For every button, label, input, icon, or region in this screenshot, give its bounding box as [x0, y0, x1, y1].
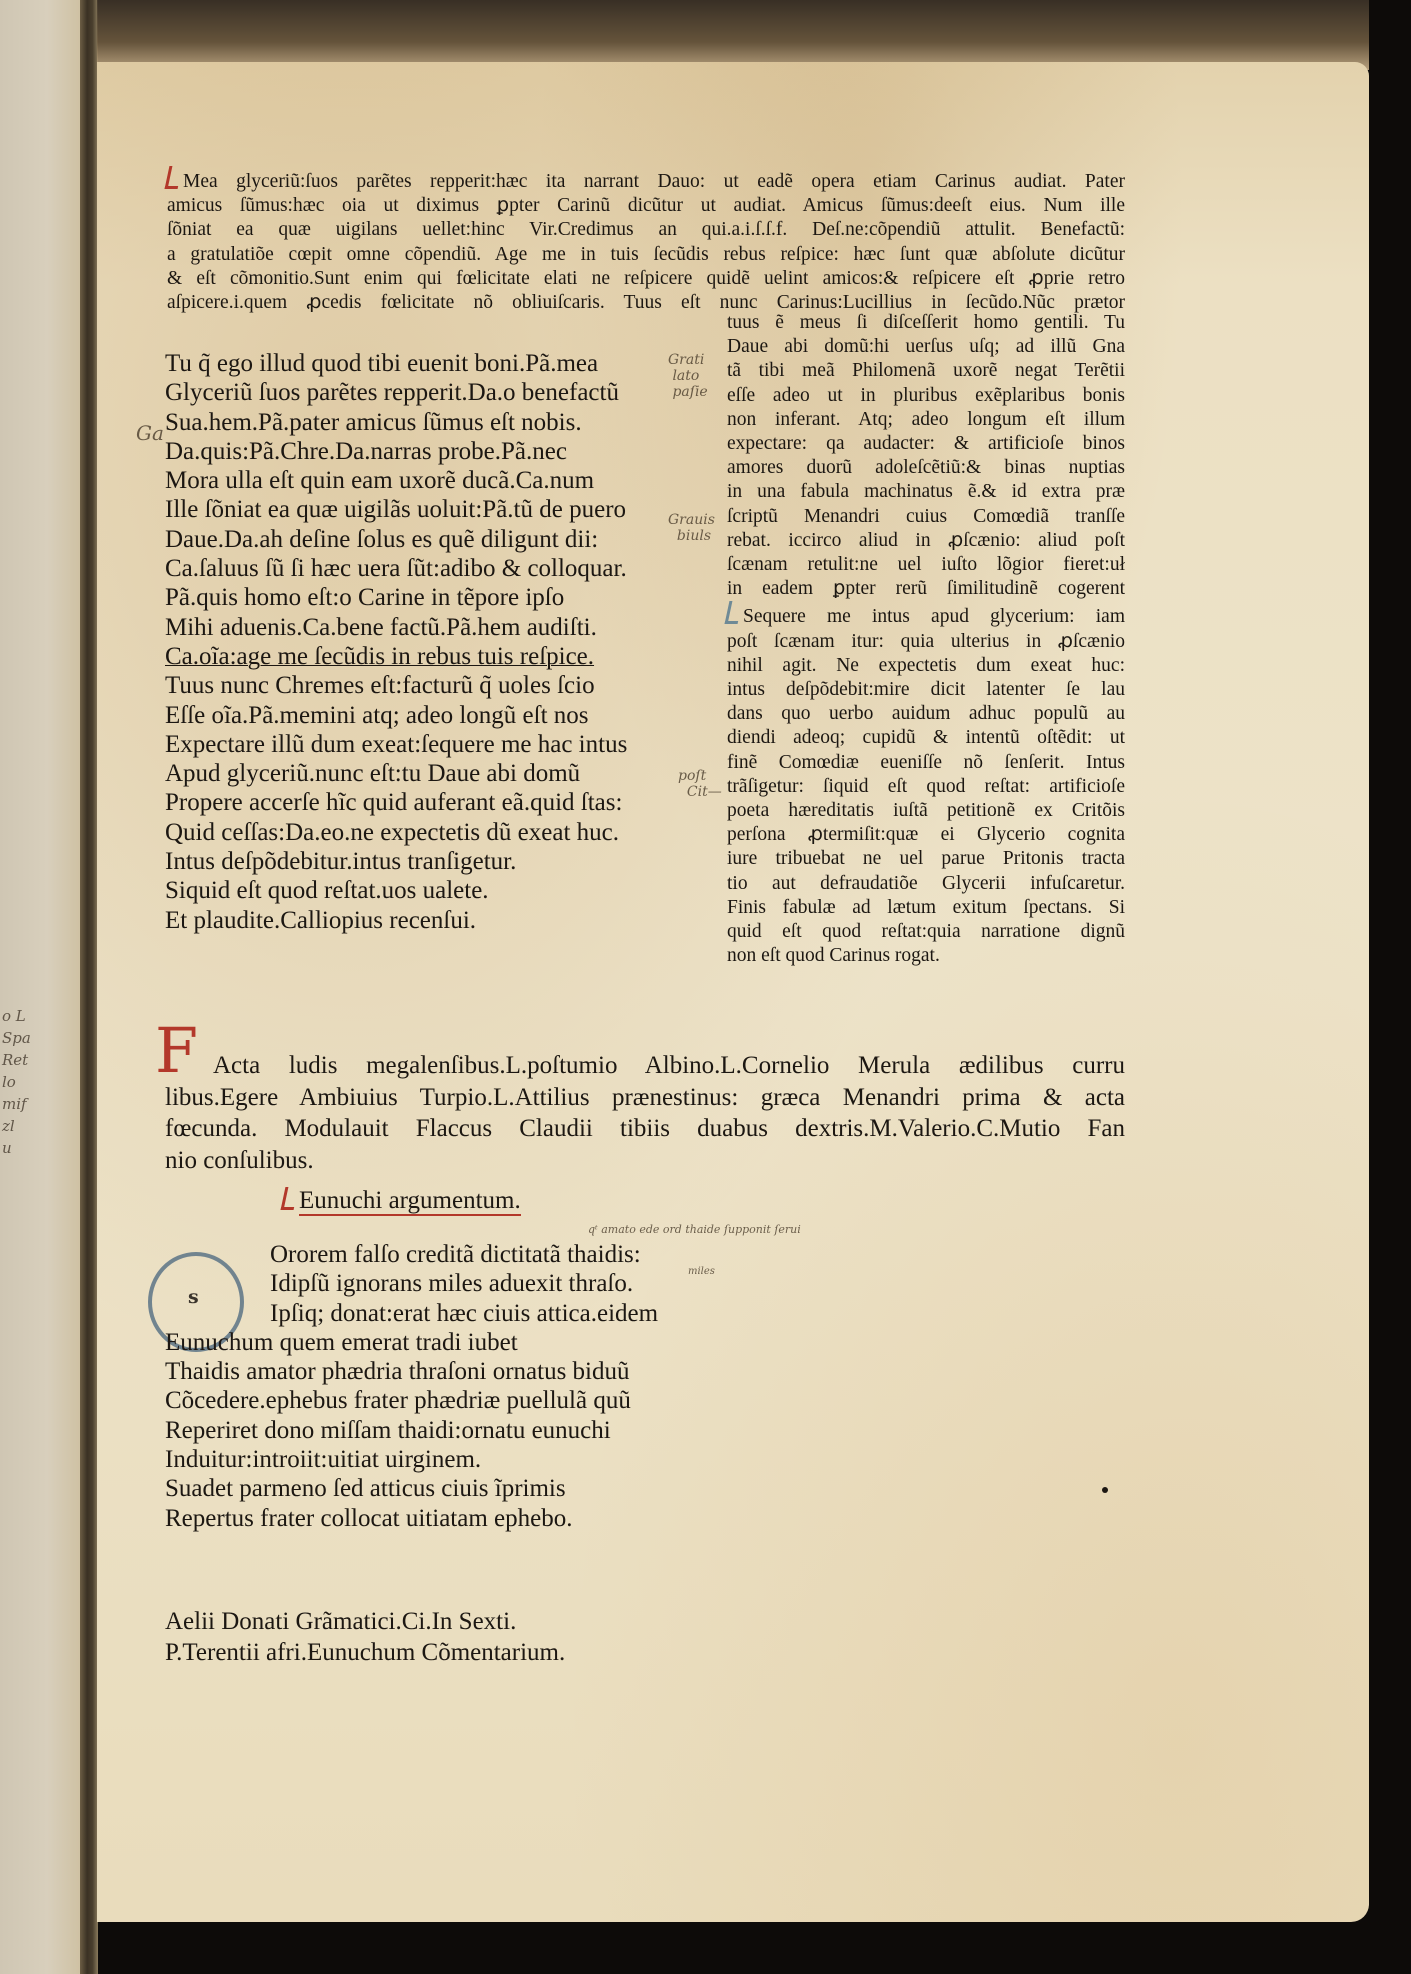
verse-line: Siquid eſt quod reſtat.uos ualete.: [165, 876, 725, 905]
argument-line: Idipſũ ignorans miles aduexit thraſo.: [165, 1269, 725, 1298]
commentary-line: non inferant. Atq; adeo longum eſt illum: [727, 408, 1125, 432]
argument-line: Eunuchum quem emerat tradi iubet: [165, 1328, 725, 1357]
verse-line: Apud glyceriũ.nunc eſt:tu Daue abi domũ: [165, 759, 725, 788]
commentary-line: eſſe adeo ut in pluribus exẽplaribus bon…: [727, 384, 1125, 408]
commentary-line: amicus ſũmus:hæc oia ut diximus ꝑpter Ca…: [167, 194, 1125, 218]
verse-line: Glyceriũ ſuos parẽtes repperit.Da.o bene…: [165, 378, 725, 407]
commentary-line: ſcriptũ Menandri cuius Comœdiã tranſſe: [727, 505, 1125, 529]
verse-line: Ille ſõniat ea quæ uigilãs uoluit:Pã.tũ …: [165, 495, 725, 524]
argument-line: Cõcedere.ephebus frater phædriæ puellulã…: [165, 1386, 725, 1415]
commentary-line: finẽ Comœdiæ eueniſſe nõ ſenſerit. Intus: [727, 751, 1125, 775]
commentary-right-column: tuus ẽ meus ſi diſceſſerit homo gentili.…: [727, 311, 1125, 968]
commentary-heading: Aelii Donati Grãmatici.Ci.In Sexti. P.Te…: [165, 1606, 565, 1668]
didascalia-line: Acta ludis megalenſibus.L.poſtumio Albin…: [165, 1050, 1125, 1082]
commentary-line: tã tibi meã Philomenã uxorẽ negat Terẽti…: [727, 359, 1125, 383]
commentary-full-width: Mea glyceriũ:ſuos parẽtes repperit:hæc i…: [167, 166, 1125, 315]
commentary-line: & eſt cõmonitio.Sunt enim qui fœlicitate…: [167, 267, 1125, 291]
verse-line: Eſſe oĩa.Pã.memini atq; adeo longũ eſt n…: [165, 701, 725, 730]
commentary-line: trãſigetur: ſiquid eſt quod reſtat: arti…: [727, 775, 1125, 799]
argument-line: Suadet parmeno ſed atticus ciuis ĩprimis: [165, 1474, 725, 1503]
verse-line: Tuus nunc Chremes eſt:facturũ q̃ uoles ſ…: [165, 671, 725, 700]
commentary-line: iure tribuebat ne uel parue Pritonis tra…: [727, 847, 1125, 871]
handwritten-note: Grati lato paſie: [668, 352, 708, 400]
commentary-line: Finis fabulæ ad lætum exitum ſpectans. S…: [727, 896, 1125, 920]
page-top-shadow: [97, 0, 1369, 70]
commentary-line: perſona ꝓtermiſit:quæ ei Glycerio cognit…: [727, 823, 1125, 847]
commentary-line: intus deſpõdebit:mire dicit latenter ſe …: [727, 678, 1125, 702]
commentary-line: amores duorũ adoleſcẽtiũ:& binas nuptias: [727, 456, 1125, 480]
argument-line: Thaidis amator phædria thraſoni ornatus …: [165, 1357, 725, 1386]
argument-line: Ororem falſo creditã dictitatã thaidis:: [165, 1240, 725, 1269]
didascalia: Acta ludis megalenſibus.L.poſtumio Albin…: [165, 1050, 1125, 1176]
verse-line: Intus deſpõdebitur.intus tranſigetur.: [165, 847, 725, 876]
commentary-line: a gratulatiõe cœpit omne cõpendiũ. Age m…: [167, 243, 1125, 267]
commentary-line: expectare: qa audacter: & artificioſe bi…: [727, 432, 1125, 456]
heading-line: P.Terentii afri.Eunuchum Cõmentarium.: [165, 1637, 565, 1668]
verse-line: Mora ulla eſt quin eam uxorẽ ducã.Ca.num: [165, 466, 725, 495]
commentary-line: rebat. iccirco aliud in ꝓſcænio: aliud p…: [727, 529, 1125, 553]
commentary-line: ſõniat ea quæ uigilans uellet:hinc Vir.C…: [167, 218, 1125, 242]
heading-line: Aelii Donati Grãmatici.Ci.In Sexti.: [165, 1606, 565, 1637]
handwritten-note: qᵗ amato ede ord thaide ſupponit ſerui: [588, 1222, 801, 1238]
verse-line: Sua.hem.Pã.pater amicus ſũmus eſt nobis.: [165, 408, 725, 437]
commentary-line: ſcænam retulit:ne uel iuſto lõgior fiere…: [727, 553, 1125, 577]
verse-line: Quid ceſſas:Da.eo.ne expectetis dũ exeat…: [165, 818, 725, 847]
commentary-line: tio aut defraudatiõe Glycerii infuſcaret…: [727, 872, 1125, 896]
commentary-line: nihil agit. Ne expectetis dum exeat huc:: [727, 654, 1125, 678]
verse-line: Propere accerſe hĩc quid auferant eã.qui…: [165, 788, 725, 817]
facing-page-edge: o L Spa Ret lo mif zl u: [0, 0, 86, 1974]
paragraph-mark-icon: [725, 601, 743, 624]
verse-line: Et plaudite.Calliopius recenſui.: [165, 906, 725, 935]
argument-line: Ipſiq; donat:erat hæc ciuis attica.eidem: [165, 1299, 725, 1328]
paragraph-mark-icon: [281, 1187, 299, 1210]
argument-line: Reperiret dono miſſam thaidi:ornatu eunu…: [165, 1416, 725, 1445]
verse-line: Expectare illũ dum exeat:ſequere me hac …: [165, 730, 725, 759]
verse-line: Da.quis:Pã.Chre.Da.narras probe.Pã.nec: [165, 437, 725, 466]
handwritten-note: poſt Cit—: [678, 768, 722, 800]
commentary-line: tuus ẽ meus ſi diſceſſerit homo gentili.…: [727, 311, 1125, 335]
commentary-line: poeta hæreditatis iuſtã petitionẽ ex Cri…: [727, 799, 1125, 823]
argument-line: Repertus frater collocat uitiatam ephebo…: [165, 1504, 725, 1533]
commentary-line: diendi adeoq; cupidũ & intentũ oſtẽdit: …: [727, 726, 1125, 750]
verse-line: Ca.ſaluus ſũ ſi hæc uera ſũt:adibo & col…: [165, 554, 725, 583]
commentary-line: Daue abi domũ:hi uerſus uſq; ad illũ Gna: [727, 335, 1125, 359]
book-gutter: [80, 0, 98, 1974]
commentary-line: non eſt quod Carinus rogat.: [727, 944, 1125, 968]
play-verse: Tu q̃ ego illud quod tibi euenit boni.Pã…: [165, 349, 725, 935]
verse-line: Tu q̃ ego illud quod tibi euenit boni.Pã…: [165, 349, 725, 378]
handwritten-note: Ga: [136, 425, 164, 441]
argument-line: Induitur:introiit:uitiat uirginem.: [165, 1445, 725, 1474]
verse-line: Ca.oĩa:age me ſecũdis in rebus tuis reſp…: [165, 642, 725, 671]
didascalia-line: libus.Egere Ambiuius Turpio.L.Attilius p…: [165, 1082, 1125, 1114]
didascalia-line: nio conſulibus.: [165, 1145, 1125, 1177]
commentary-line: quid eſt quod reſtat:quia narratione dig…: [727, 920, 1125, 944]
commentary-line: in eadem ꝑpter rerũ ſimilitudinẽ cogeren…: [727, 577, 1125, 601]
verse-line: Daue.Da.ah deſine ſolus es quẽ diligunt …: [165, 525, 725, 554]
didascalia-line: fœcunda. Modulauit Flaccus Claudii tibii…: [165, 1113, 1125, 1145]
ink-spot: [1102, 1487, 1108, 1493]
commentary-line: Mea glyceriũ:ſuos parẽtes repperit:hæc i…: [167, 166, 1125, 194]
facing-page-marginalia: o L Spa Ret lo mif zl u: [2, 1005, 72, 1159]
verse-line: Pã.quis homo eſt:o Carine in tẽpore ipſo: [165, 583, 725, 612]
commentary-line: dans quo uerbo auidum adhuc populũ au: [727, 702, 1125, 726]
argument-verse: Ororem falſo creditã dictitatã thaidis: …: [165, 1240, 725, 1533]
commentary-line: in una fabula machinatus ẽ.& id extra pr…: [727, 480, 1125, 504]
commentary-line: Sequere me intus apud glycerium: iam: [727, 601, 1125, 629]
commentary-line: poſt ſcænam itur: quia ulterius in ꝓſcæn…: [727, 630, 1125, 654]
argument-heading: Eunuchi argumentum.: [283, 1186, 521, 1216]
verse-line: Mihi aduenis.Ca.bene factũ.Pã.hem audiſt…: [165, 613, 725, 642]
paragraph-mark-icon: [165, 166, 183, 189]
handwritten-note: Grauis biuls: [668, 512, 715, 544]
